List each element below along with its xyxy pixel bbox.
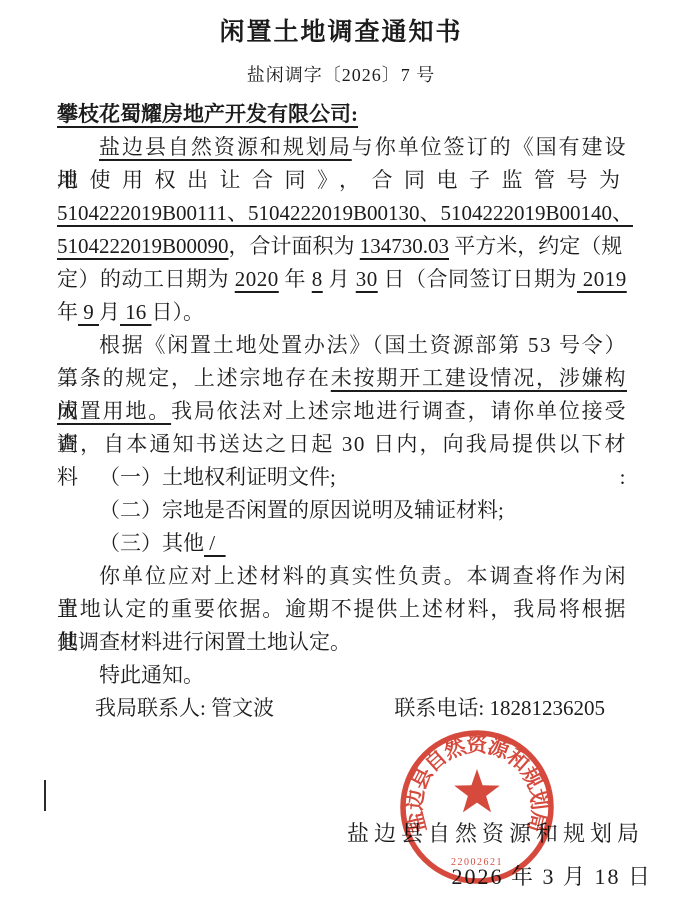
paragraph-line: 5104222019B00111、5104222019B00130、510422… — [57, 197, 627, 230]
body-text: 月 — [323, 267, 356, 291]
paragraph-line: 他调查材料进行闲置土地认定。 — [57, 626, 627, 659]
body-text: 二条的规定，上述宗地存在 — [57, 366, 331, 390]
paragraph-line: 土地认定的重要依据。逾期不提供上述材料，我局将根据其 — [57, 593, 627, 626]
paragraph-line: 5104222019B00090，合计面积为 134730.03 平方米，约定（… — [57, 230, 627, 263]
notice-document: 闲置土地调查通知书 盐闲调字〔2026〕7 号 攀枝花蜀耀房地产开发有限公司: … — [0, 0, 682, 904]
body-text: 平方米，约定（规 — [449, 234, 622, 258]
document-title: 闲置土地调查通知书 — [0, 0, 682, 50]
list-item: （三）其他 / — [57, 527, 627, 560]
filled-field: 盐边县自然资源和规划局 — [99, 135, 352, 159]
contact-person: 我局联系人: 管文波 — [95, 692, 274, 725]
body-text: ，合计面积为 — [229, 234, 360, 258]
total-area-value: 134730.03 — [360, 234, 449, 258]
body-text: 日（合同签订日期为 — [378, 267, 577, 291]
issue-date: 2026 年 3 月 18 日 — [0, 860, 682, 893]
body-text: 年 — [279, 267, 312, 291]
body-text: 他调查材料进行闲置土地认定。 — [57, 630, 351, 654]
list-item: （二）宗地是否闲置的原因说明及辅证材料; — [57, 494, 627, 527]
contact-phone: 联系电话: 18281236205 — [394, 692, 605, 725]
body-text: （一）土地权利证明文件; — [99, 465, 336, 489]
paragraph-line: 根据《闲置土地处置办法》（国土资源部第 53 号令）第 — [57, 329, 627, 362]
paragraph-line: 二条的规定，上述宗地存在未按期开工建设情况，涉嫌构成 — [57, 362, 627, 395]
violation-text: 闲置用地。 — [57, 399, 171, 423]
paragraph-line: 盐边县自然资源和规划局与你单位签订的《国有建设用 — [57, 131, 627, 164]
paragraph-line: 你单位应对上述材料的真实性负责。本调查将作为闲置 — [57, 560, 627, 593]
contract-number: 5104222019B00090 — [57, 234, 229, 258]
body-text: （三）其他 — [99, 531, 204, 555]
contact-line: 我局联系人: 管文波联系电话: 18281236205 — [57, 692, 627, 725]
paragraph-line: 查，自本通知书送达之日起 30 日内，向我局提供以下材料: — [57, 428, 627, 461]
contract-numbers: 5104222019B00111、5104222019B00130、510422… — [57, 201, 633, 225]
body-text: （二）宗地是否闲置的原因说明及辅证材料; — [99, 498, 504, 522]
body-text: 特此通知。 — [99, 663, 204, 687]
issuing-authority: 盐边县自然资源和规划局 — [0, 817, 682, 850]
notice-line: 特此通知。 — [57, 659, 627, 692]
body-text: 月 — [99, 300, 120, 324]
document-number: 盐闲调字〔2026〕7 号 — [0, 63, 682, 87]
start-month-value: 8 — [312, 267, 323, 291]
red-star-icon — [454, 769, 500, 812]
sign-year-value: 2019 — [577, 267, 627, 291]
scan-cursor-artifact — [44, 780, 46, 811]
body-text: 日）。 — [152, 300, 205, 324]
body-text: 定）的动工日期为 — [57, 267, 235, 291]
start-day-value: 30 — [356, 267, 378, 291]
start-year-value: 2020 — [235, 267, 279, 291]
paragraph-line: 闲置用地。我局依法对上述宗地进行调查，请你单位接受调 — [57, 395, 627, 428]
sign-day-value: 16 — [120, 300, 152, 324]
paragraph-line: 年 9 月 16 日）。 — [57, 296, 627, 329]
sign-month-value: 9 — [78, 300, 99, 324]
other-field-value: / — [204, 531, 226, 555]
document-body: 攀枝花蜀耀房地产开发有限公司: 盐边县自然资源和规划局与你单位签订的《国有建设用… — [57, 98, 627, 725]
body-text: 年 — [57, 300, 78, 324]
paragraph-line: 地使用权出让合同》，合同电子监管号为 — [57, 164, 627, 197]
body-text: 地使用权出让合同》，合同电子监管号为 — [57, 168, 632, 192]
seal-ring — [403, 733, 551, 881]
paragraph-line: 定）的动工日期为 2020 年 8 月 30 日（合同签订日期为 2019 — [57, 263, 627, 296]
recipient-name: 攀枝花蜀耀房地产开发有限公司: — [57, 98, 627, 131]
